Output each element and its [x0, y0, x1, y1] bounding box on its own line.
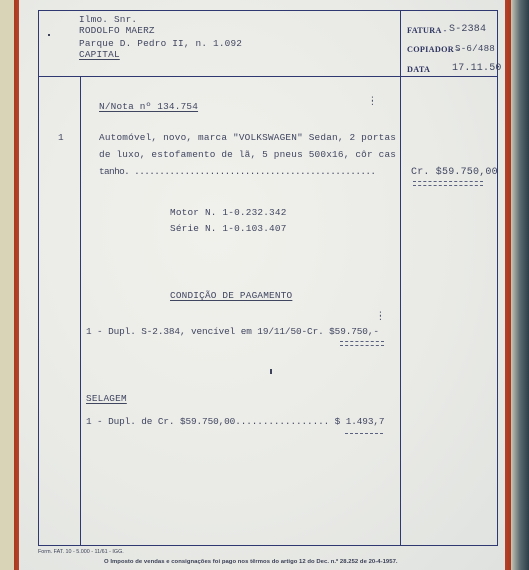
- fatura-label: FATURA -: [407, 26, 447, 35]
- payment-line: 1 - Dupl. S-2.384, vencível em 19/11/50-…: [86, 326, 379, 337]
- payment-double-underline: [340, 341, 384, 346]
- item-description-line: tanho. .................................…: [99, 166, 375, 177]
- invoice-frame: [38, 10, 498, 546]
- copiador-label: COPIADOR -: [407, 45, 459, 54]
- item-description-line: de luxo, estofamento de lã, 5 pneus 500x…: [99, 149, 396, 160]
- copiador-number: S-6/488: [455, 43, 495, 54]
- motor-number: Motor N. 1-0.232.342: [170, 207, 287, 218]
- tax-note: O Imposto de vendas e consignações foi p…: [104, 559, 398, 565]
- nota-title: N/Nota nº 134.754: [99, 101, 198, 112]
- addressee-street: Parque D. Pedro II, n. 1.092: [79, 38, 242, 49]
- amount-double-underline: [413, 181, 483, 186]
- ink-speck: [48, 34, 50, 36]
- header-divider: [38, 76, 498, 77]
- data-label: DATA: [407, 65, 430, 74]
- item-description-line: Automóvel, novo, marca "VOLKSWAGEN" Seda…: [99, 132, 396, 143]
- addressee-city: CAPITAL: [79, 49, 120, 60]
- addressee-salutation: Ilmo. Snr.: [79, 14, 137, 25]
- selagem-underline: [345, 433, 383, 434]
- ink-speck: [270, 369, 272, 374]
- fatura-number: S-2384: [449, 24, 486, 35]
- serie-number: Série N. 1-0.103.407: [170, 223, 287, 234]
- payment-title: CONDIÇÃO DE PAGAMENTO: [170, 290, 292, 301]
- quantity-column-divider: [80, 77, 81, 546]
- item-amount: Cr. $59.750,00: [411, 167, 498, 178]
- form-code: Form. FAT. 10 - 5.000 - 11/61 - IGG.: [38, 549, 124, 555]
- item-quantity: 1: [58, 132, 64, 143]
- selagem-title: SELAGEM: [86, 393, 127, 404]
- selagem-line: 1 - Dupl. de Cr. $59.750,00.............…: [86, 416, 384, 427]
- invoice-date: 17.11.50: [452, 63, 502, 74]
- addressee-name: RODOLFO MAERZ: [79, 25, 155, 36]
- ink-mark: ::: [378, 313, 383, 321]
- amount-column-divider: [400, 10, 401, 546]
- ink-mark: ::: [370, 98, 375, 106]
